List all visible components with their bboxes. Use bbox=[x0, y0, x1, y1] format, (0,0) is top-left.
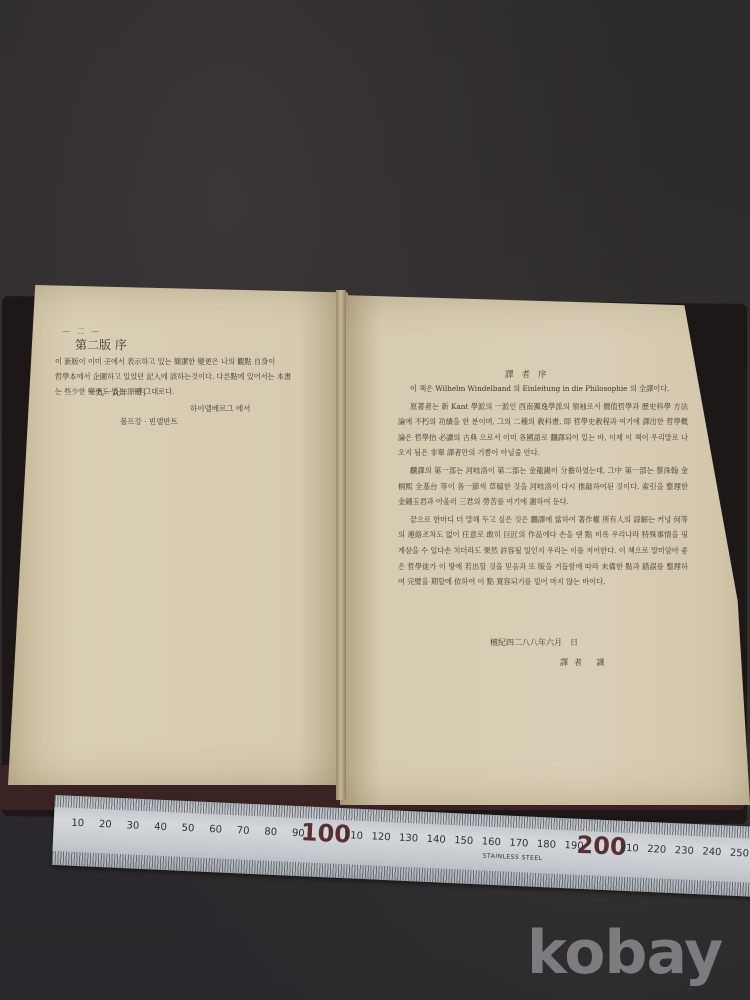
ruler-label: 170 bbox=[509, 838, 529, 850]
preface-line: 이 新版이 이미 곳에서 表示하고 있는 簡潔한 變更은 나의 觀點 自身이 bbox=[55, 354, 335, 369]
paragraph: 原著者는 新 Kant 學派의 一派인 西南獨逸學派의 領袖로서 價值哲學과 歷… bbox=[398, 399, 688, 461]
ruler-label: 120 bbox=[371, 831, 391, 843]
paragraph: 飜譯의 第一部는 河岐洛이 第二部는 金龍錫이 分擔하였는데, 그中 第一部는 … bbox=[398, 463, 688, 510]
ruler-label: 240 bbox=[702, 846, 722, 858]
ruler-label: 150 bbox=[454, 835, 474, 847]
preface-place: 하이델베르그 에서 bbox=[190, 401, 250, 416]
preface-date: 一九一九年 一月 bbox=[88, 385, 147, 400]
paragraph: 이 책은 Wilhelm Windelband 의 Einleitung in … bbox=[398, 381, 688, 397]
ruler-brand: STAINLESS STEEL bbox=[483, 852, 543, 862]
book-gutter bbox=[336, 290, 346, 800]
translator-preface-body: 이 책은 Wilhelm Windelband 의 Einleitung in … bbox=[398, 381, 688, 592]
ruler-label: 70 bbox=[237, 825, 250, 837]
ruler-label: 140 bbox=[426, 834, 446, 846]
ruler-label: 250 bbox=[730, 848, 750, 860]
preface-line: 哲學本에서 企圖하고 있었던 記入에 該하는것이다. 다른點에 있어서는 本書 bbox=[55, 369, 335, 384]
translator-preface-date: 檀紀四二八八年六月 日 bbox=[490, 635, 578, 650]
ruler-label: 60 bbox=[209, 824, 222, 836]
ruler-label: 230 bbox=[675, 845, 695, 857]
ruler-label: 40 bbox=[154, 822, 167, 834]
page-number: — 二 — bbox=[62, 324, 101, 339]
ruler-label: 20 bbox=[99, 819, 112, 831]
ruler-label: 10 bbox=[71, 818, 84, 830]
ruler-label: 30 bbox=[126, 820, 139, 832]
ruler-label: 50 bbox=[181, 823, 194, 835]
preface-title: 第二版 序 bbox=[75, 338, 127, 353]
ruler-label: 180 bbox=[537, 839, 557, 851]
ruler-label: 110 bbox=[344, 830, 364, 842]
ruler-label: 210 bbox=[619, 843, 639, 855]
paragraph: 끝으로 한마디 더 말해 두고 싶은 것은 飜譯에 當하여 著作權 所有人의 諒… bbox=[398, 512, 688, 590]
ruler-label: 220 bbox=[647, 844, 667, 856]
translator-signature: 譯者 識 bbox=[560, 655, 611, 670]
ruler-label: 130 bbox=[399, 833, 419, 845]
watermark-logo: kobay bbox=[527, 918, 722, 988]
ruler-label: 160 bbox=[482, 836, 502, 848]
preface-author: 볼프강 · 빈델반트 bbox=[120, 414, 178, 429]
ruler-label: 80 bbox=[264, 827, 277, 839]
